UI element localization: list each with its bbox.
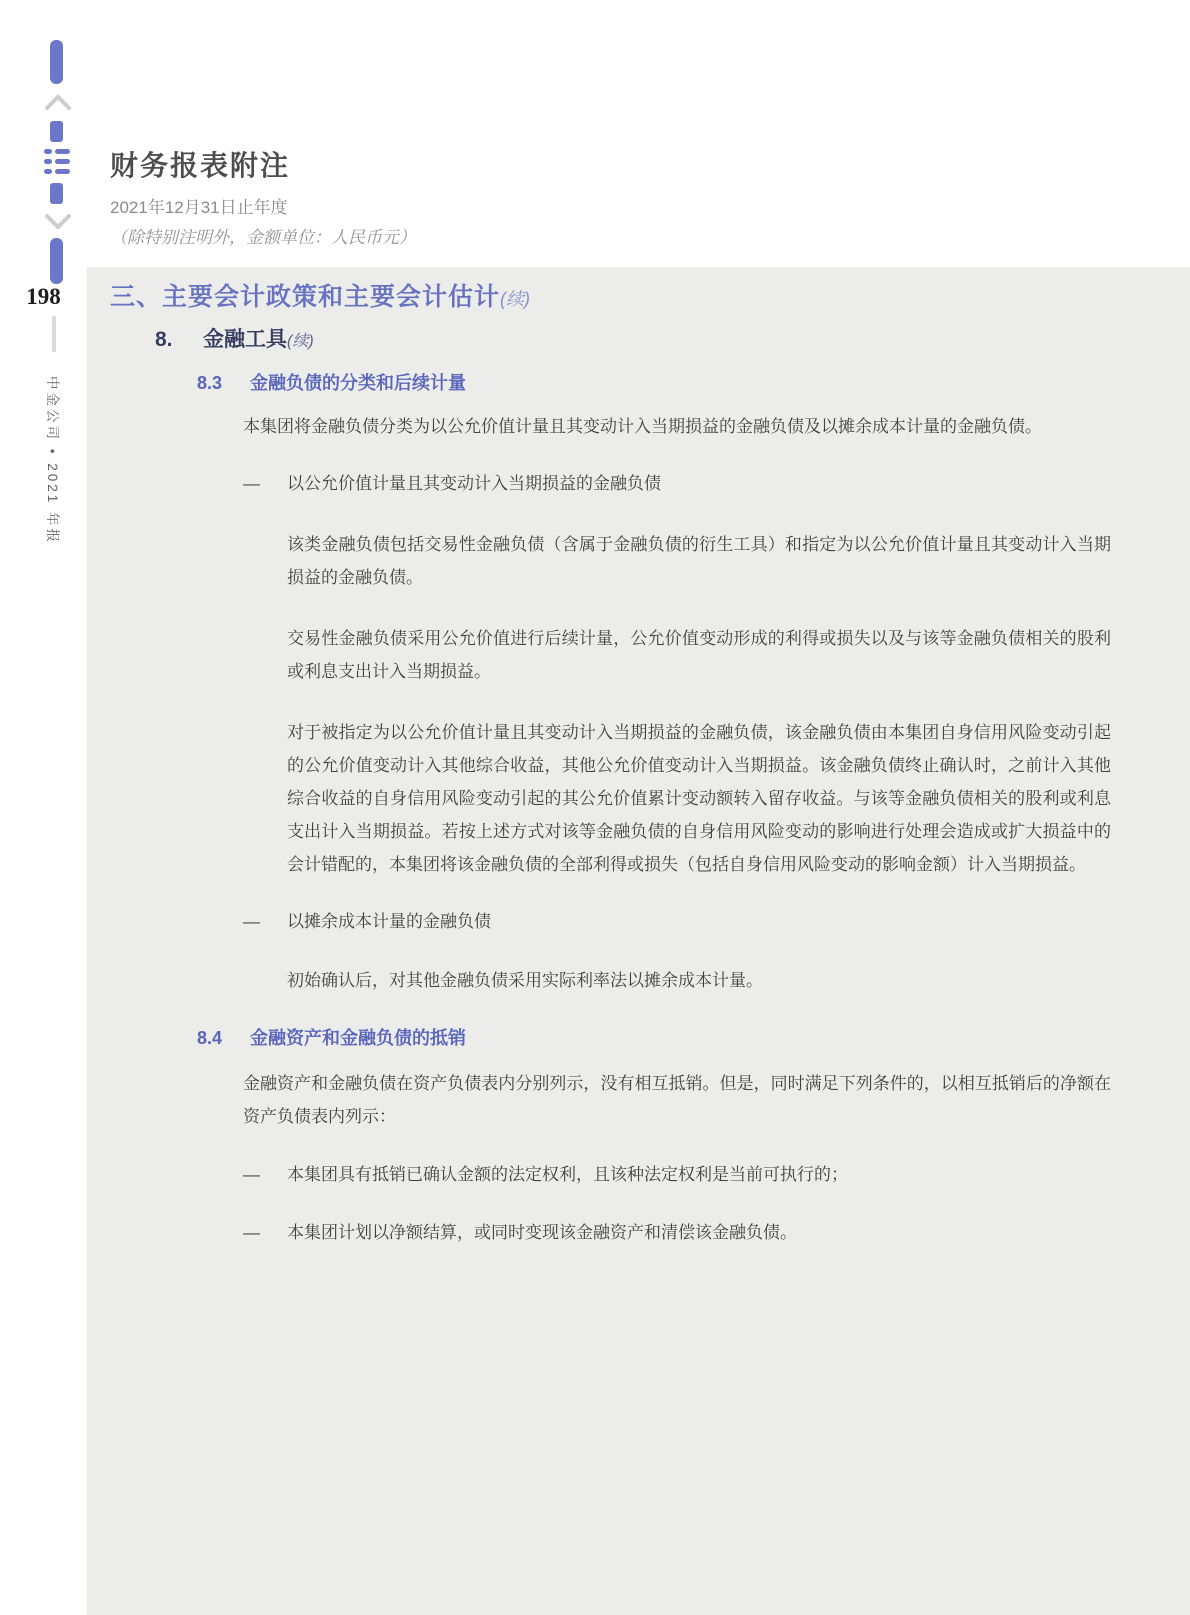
document-unit-note: （除特别注明外，金额单位：人民币元） <box>110 223 416 248</box>
clause-84-number: 8.4 <box>197 1027 250 1049</box>
document-title: 财务报表附注 <box>110 144 416 184</box>
clause-83-number: 8.3 <box>197 372 250 394</box>
subsection-continued-tag: (续) <box>287 333 314 350</box>
section-continued-tag: (续) <box>500 289 530 309</box>
clause-83-title: 金融负债的分类和后续计量 <box>250 373 466 393</box>
section-title: 主要会计政策和主要会计估计 <box>162 283 500 311</box>
list-item-text: 以摊余成本计量的金融负债 <box>287 905 1110 938</box>
rail-accent-bar-lower <box>50 183 63 204</box>
page-number-rule <box>52 316 56 352</box>
list-item-text: 本集团计划以净额结算，或同时变现该金融资产和清偿该金融负债。 <box>287 1216 1110 1249</box>
list-item-text: 本集团具有抵销已确认金额的法定权利，且该种法定权利是当前可执行的； <box>287 1158 1110 1191</box>
dash-bullet: — <box>243 467 287 500</box>
section-number: 三、 <box>110 283 162 311</box>
report-page: { "sidebar": { "page_number": "198", "br… <box>0 0 1190 1615</box>
content-panel: 三、主要会计政策和主要会计估计(续) 8.金融工具(续) 8.3金融负债的分类和… <box>87 267 1190 1615</box>
section-heading: 三、主要会计政策和主要会计估计(续) <box>110 282 1190 314</box>
paragraph: 该类金融负债包括交易性金融负债（含属于金融负债的衍生工具）和指定为以公允价值计量… <box>287 528 1111 594</box>
document-period: 2021年12月31日止年度 <box>110 193 416 218</box>
chevron-up-icon[interactable] <box>45 94 71 110</box>
paragraph: 对于被指定为以公允价值计量且其变动计入当期损益的金融负债，该金融负债由本集团自身… <box>287 716 1111 881</box>
rail-accent-bar-top <box>50 40 63 84</box>
list-item: — 本集团具有抵销已确认金额的法定权利，且该种法定权利是当前可执行的； <box>243 1158 1110 1191</box>
dash-bullet: — <box>243 905 287 938</box>
rail-accent-bar-upper <box>50 121 63 142</box>
document-header: 财务报表附注 2021年12月31日止年度 （除特别注明外，金额单位：人民币元） <box>110 144 416 248</box>
dash-bullet: — <box>243 1216 287 1249</box>
dash-bullet: — <box>243 1158 287 1191</box>
subsection-title: 金融工具 <box>203 328 287 351</box>
clause-84-heading: 8.4金融资产和金融负债的抵销 <box>197 1027 1190 1049</box>
left-rail: 198 中金公司 • 2021 年报 <box>0 0 87 1615</box>
menu-icon[interactable] <box>44 149 70 176</box>
chevron-down-icon[interactable] <box>45 214 71 230</box>
subsection-heading: 8.金融工具(续) <box>155 327 1190 354</box>
list-item: — 本集团计划以净额结算，或同时变现该金融资产和清偿该金融负债。 <box>243 1216 1110 1249</box>
paragraph: 金融资产和金融负债在资产负债表内分别列示，没有相互抵销。但是，同时满足下列条件的… <box>243 1067 1111 1133</box>
list-item-text: 以公允价值计量且其变动计入当期损益的金融负债 <box>287 467 1110 500</box>
rail-accent-bar-bottom <box>50 238 63 284</box>
paragraph: 初始确认后，对其他金融负债采用实际利率法以摊余成本计量。 <box>287 964 1111 997</box>
clause-83-heading: 8.3金融负债的分类和后续计量 <box>197 372 1190 394</box>
clause-84-title: 金融资产和金融负债的抵销 <box>250 1028 466 1048</box>
paragraph: 本集团将金融负债分类为以公允价值计量且其变动计入当期损益的金融负债及以摊余成本计… <box>243 410 1111 443</box>
page-number: 198 <box>0 284 87 310</box>
paragraph: 交易性金融负债采用公允价值进行后续计量，公允价值变动形成的利得或损失以及与该等金… <box>287 622 1111 688</box>
list-item: — 以公允价值计量且其变动计入当期损益的金融负债 <box>243 467 1110 500</box>
list-item: — 以摊余成本计量的金融负债 <box>243 905 1110 938</box>
subsection-number: 8. <box>155 327 203 352</box>
brand-vertical-text: 中金公司 • 2021 年报 <box>44 376 64 596</box>
